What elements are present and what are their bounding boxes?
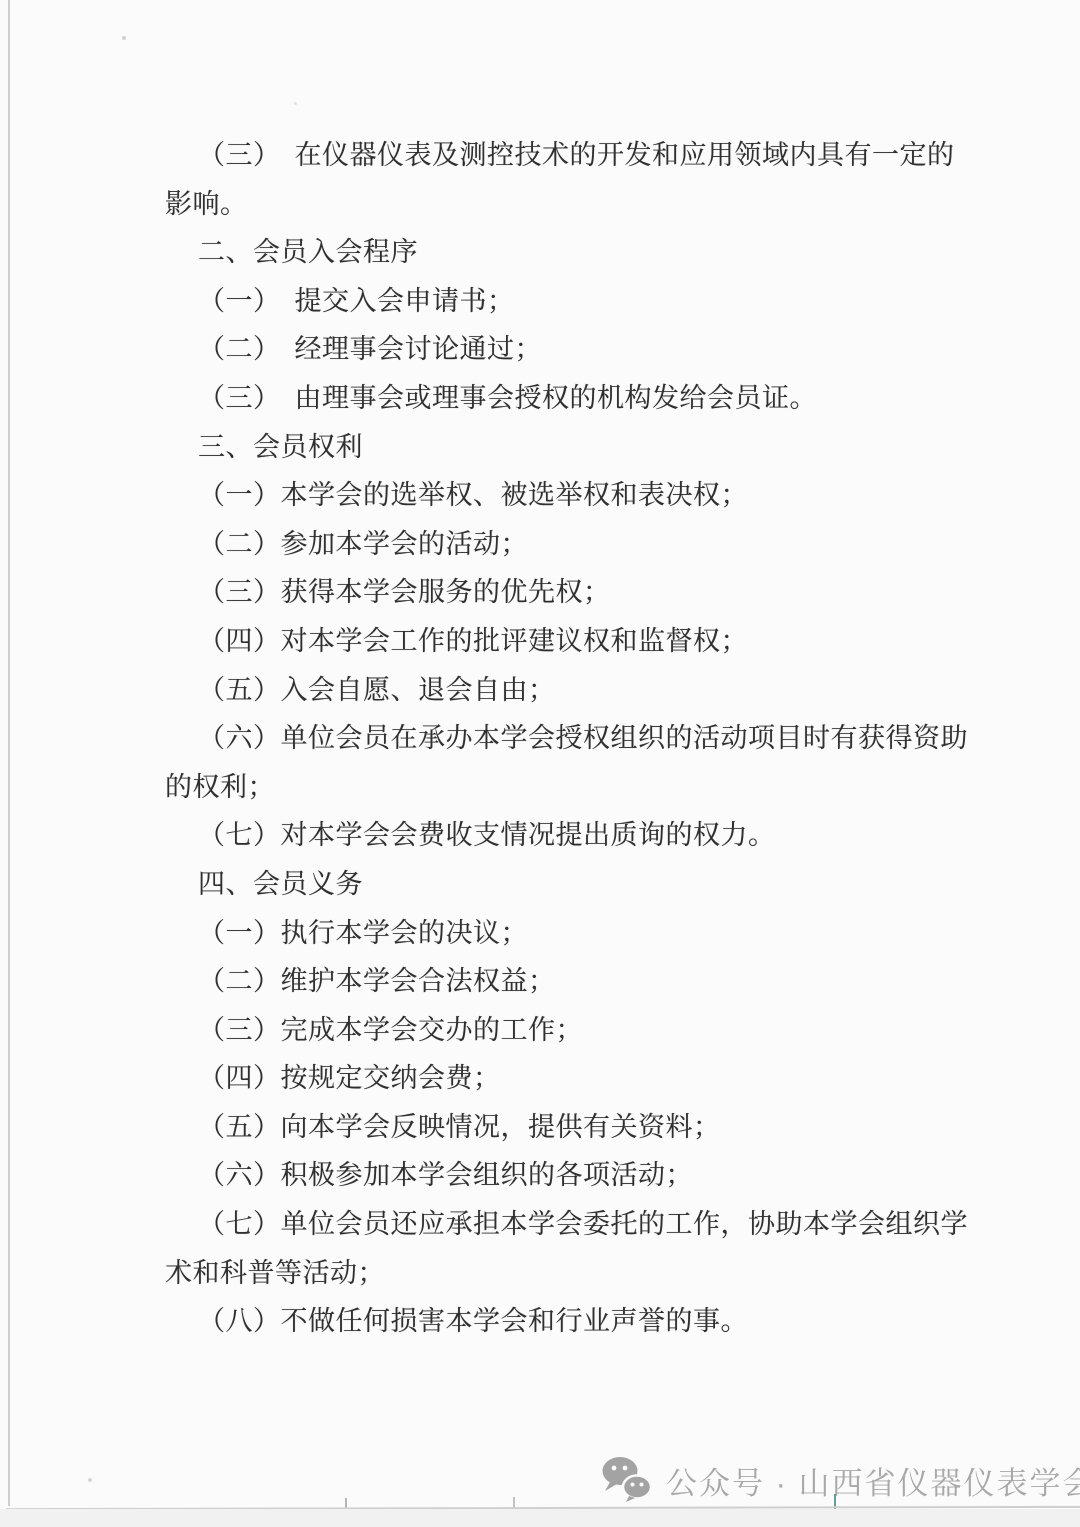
wechat-watermark: 公众号 · 山西省仪器仪表学会 [600, 1456, 1080, 1504]
text-line: 的权利； [165, 763, 945, 812]
text-line: （六）积极参加本学会组织的各项活动； [165, 1151, 945, 1200]
text-line: （三） 在仪器仪表及测控技术的开发和应用领域内具有一定的 [165, 131, 945, 180]
text-line: （三）完成本学会交办的工作； [165, 1006, 945, 1055]
text-line: （七）单位会员还应承担本学会委托的工作，协助本学会组织学 [165, 1200, 945, 1249]
text-line: （四）对本学会工作的批评建议权和监督权； [165, 617, 945, 666]
text-line: （四）按规定交纳会费； [165, 1054, 945, 1103]
text-line: 影响。 [165, 180, 945, 229]
text-line: （二）参加本学会的活动； [165, 520, 945, 569]
document-page: （三） 在仪器仪表及测控技术的开发和应用领域内具有一定的影响。二、会员入会程序（… [0, 0, 1080, 1510]
text-line: （七）对本学会会费收支情况提出质询的权力。 [165, 811, 945, 860]
text-line: （五）入会自愿、退会自由； [165, 666, 945, 715]
text-line: （一）本学会的选举权、被选举权和表决权； [165, 471, 945, 520]
scan-speck [88, 1478, 92, 1482]
watermark-text: 公众号 · 山西省仪器仪表学会 [666, 1458, 1080, 1503]
text-line: 二、会员入会程序 [165, 228, 945, 277]
text-line: （五）向本学会反映情况，提供有关资料； [165, 1103, 945, 1152]
text-line: （八）不做任何损害本学会和行业声誉的事。 [165, 1297, 945, 1346]
scan-speck [122, 36, 126, 40]
text-line: （三） 由理事会或理事会授权的机构发给会员证。 [165, 374, 945, 423]
text-line: （三）获得本学会服务的优先权； [165, 568, 945, 617]
wechat-icon [600, 1456, 654, 1504]
text-line: 四、会员义务 [165, 860, 945, 909]
text-line: （一） 提交入会申请书； [165, 277, 945, 326]
scan-speck [294, 102, 297, 105]
scan-left-edge-line [8, 0, 10, 1506]
text-line: 术和科普等活动； [165, 1249, 945, 1298]
text-line: （二） 经理事会讨论通过； [165, 325, 945, 374]
text-line: （二）维护本学会合法权益； [165, 957, 945, 1006]
text-block: （三） 在仪器仪表及测控技术的开发和应用领域内具有一定的影响。二、会员入会程序（… [165, 131, 945, 1346]
text-line: 三、会员权利 [165, 423, 945, 472]
text-line: （六）单位会员在承办本学会授权组织的活动项目时有获得资助 [165, 714, 945, 763]
text-line: （一）执行本学会的决议； [165, 909, 945, 958]
scan-background-strip [0, 1509, 1080, 1527]
